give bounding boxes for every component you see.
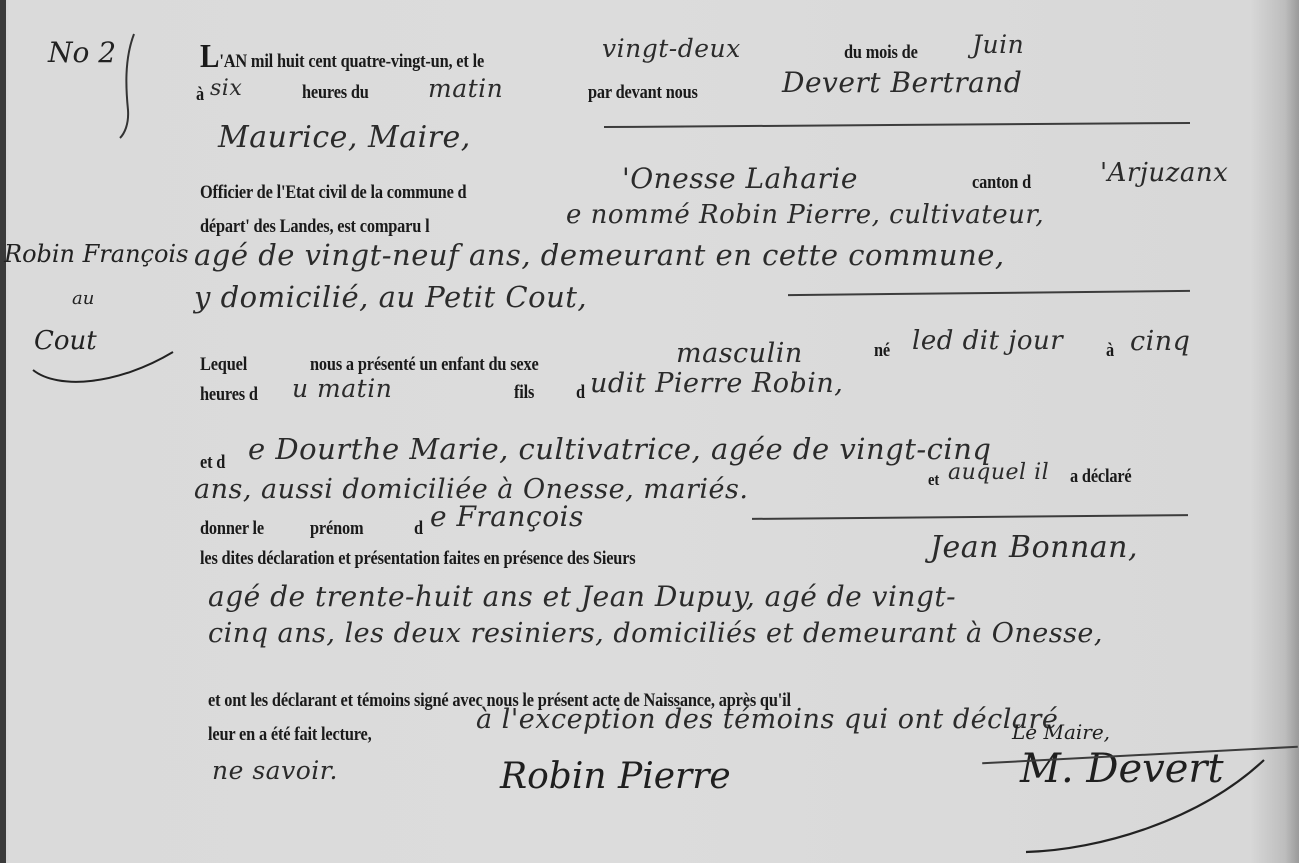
mayor-title: Le Maire, — [1012, 720, 1110, 744]
line6-age-residence: agé de vingt-neuf ans, demeurant en cett… — [194, 238, 1005, 272]
number-bracket — [112, 30, 142, 140]
line12-fill-rule — [752, 514, 1188, 520]
dropcap-L: L — [200, 38, 219, 75]
line9-father: udit Pierre Robin, — [590, 368, 843, 399]
mayor-flourish — [1020, 750, 1280, 860]
line5-declarant: e nommé Robin Pierre, cultivateur, — [566, 200, 1044, 230]
line4-print-2: canton d — [972, 172, 1031, 194]
line1-print-2: du mois de — [844, 42, 918, 64]
line1-month: Juin — [972, 30, 1024, 59]
line8-ne: né — [874, 340, 890, 362]
margin-au: au — [72, 288, 94, 309]
line5-print-1: départ' des Landes, est comparu l — [200, 216, 429, 238]
line2-print-2: heures du — [302, 82, 369, 104]
margin-name: Robin François — [4, 240, 188, 268]
line10-print-1: et d — [200, 452, 225, 474]
line1-text: 'AN mil huit cent quatre-vingt-un, et le — [219, 51, 484, 72]
line12-d: d — [414, 518, 423, 540]
line9-d: d — [576, 382, 585, 404]
line10-mother: e Dourthe Marie, cultivatrice, agée de v… — [248, 432, 991, 466]
line2-officer-name: Devert Bertrand — [782, 66, 1022, 99]
line7-domicile: y domicilié, au Petit Cout, — [194, 280, 587, 314]
page-binding-edge — [0, 0, 6, 863]
act-number: No 2 — [48, 36, 116, 69]
line8-sex: masculin — [676, 338, 803, 369]
line12-prenom: prénom — [310, 518, 363, 540]
line9-period: u matin — [292, 374, 392, 403]
line3-officer-title: Maurice, Maire, — [218, 120, 471, 155]
line2-print-3: par devant nous — [588, 82, 698, 104]
line8-a: à — [1106, 340, 1114, 362]
line15-witness-residence: cinq ans, les deux resiniers, domiciliés… — [208, 618, 1103, 649]
register-page: No 2 Robin François au Cout L'AN mil hui… — [0, 0, 1299, 863]
line9-print-1: heures d — [200, 384, 258, 406]
line4-print-1: Officier de l'Etat civil de la commune d — [200, 182, 466, 204]
line13-witness1: Jean Bonnan, — [930, 530, 1138, 565]
line12-given-name: e François — [430, 500, 584, 533]
line3-fill-rule — [604, 122, 1190, 128]
margin-underline — [28, 330, 188, 390]
line1-print-1: L'AN mil huit cent quatre-vingt-un, et l… — [200, 40, 484, 74]
line13-print-1: les dites déclaration et présentation fa… — [200, 548, 635, 570]
line7-fill-rule — [788, 290, 1190, 296]
line11-et: et — [928, 470, 939, 490]
line1-day: vingt-deux — [602, 34, 741, 63]
line2-period: matin — [428, 74, 503, 103]
line9-fils: fils — [514, 382, 534, 404]
line2-hour: six — [210, 76, 242, 101]
line8-print-2: nous a présenté un enfant du sexe — [310, 354, 539, 376]
line12-donner: donner le — [200, 518, 264, 540]
line11-declare: a déclaré — [1070, 466, 1132, 488]
line8-lequel: Lequel — [200, 354, 247, 376]
line8-birth-hour: cinq — [1130, 326, 1190, 357]
line4-commune: 'Onesse Laharie — [622, 162, 858, 195]
line17-exception: à l'exception des témoins qui ont déclar… — [476, 704, 1058, 735]
line17-print-1: leur en a été fait lecture, — [208, 724, 372, 746]
line4-canton: 'Arjuzanx — [1100, 158, 1228, 188]
declarant-signature: Robin Pierre — [500, 756, 731, 797]
line14-witnesses: agé de trente-huit ans et Jean Dupuy, ag… — [208, 580, 956, 613]
line18-ne-savoir: ne savoir. — [212, 756, 338, 785]
line8-birth-day: led dit jour — [912, 326, 1063, 356]
line11-auquel: auquel il — [948, 460, 1049, 485]
line2-a: à — [196, 84, 204, 106]
